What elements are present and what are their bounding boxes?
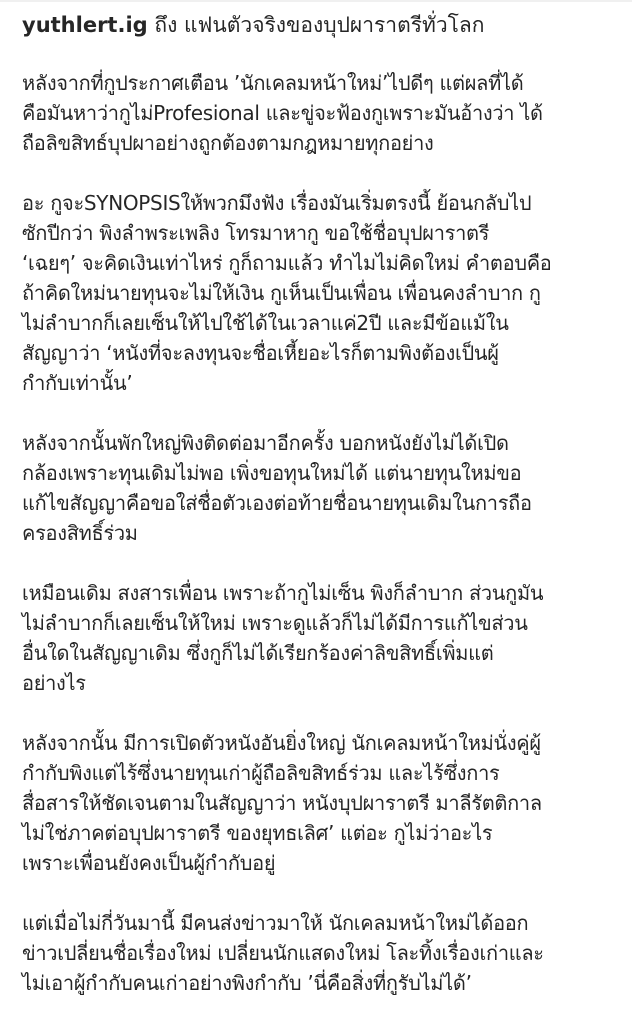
paragraph-6: แต่เมื่อไม่กี่วันมานี้ มีคนส่งข่าวมาให้ … bbox=[22, 908, 618, 998]
text-line: หลังจากนั้นพักใหญ่พิงติดต่อมาอีกครั้ง บอ… bbox=[22, 428, 618, 458]
text-line: แต่เมื่อไม่กี่วันมานี้ มีคนส่งข่าวมาให้ … bbox=[22, 908, 618, 938]
username-link[interactable]: yuthlert.ig bbox=[22, 13, 148, 37]
text-line: อย่างไร bbox=[22, 668, 618, 698]
text-line: ไม่ลำบากก็เลยเซ็นให้ใหม่ เพราะดูแล้วก็ไม… bbox=[22, 608, 618, 638]
caption-header: yuthlert.ig ถึง แฟนตัวจริงของบุปผาราตรีท… bbox=[22, 10, 618, 40]
text-line: กำกับเท่านั้น’ bbox=[22, 368, 618, 398]
text-line: ไม่ลำบากก็เลยเซ็นให้ไปใช้ได้ในเวลาแค่2ปี… bbox=[22, 308, 618, 338]
text-line: เหมือนเดิม สงสารเพื่อน เพราะถ้ากูไม่เซ็น… bbox=[22, 578, 618, 608]
text-line: ไม่เอาผู้กำกับคนเก่าอย่างพิงกำกับ ’นี่คื… bbox=[22, 968, 618, 998]
paragraph-3: หลังจากนั้นพักใหญ่พิงติดต่อมาอีกครั้ง บอ… bbox=[22, 428, 618, 548]
paragraph-2: อะ กูจะSYNOPSISให้พวกมึงฟัง เรื่องมันเริ… bbox=[22, 188, 618, 398]
text-line: สัญญาว่า ‘หนังที่จะลงทุนจะชื่อเหี้ยอะไรก… bbox=[22, 338, 618, 368]
text-line: หลังจากที่กูประกาศเตือน ’นักเคลมหน้าใหม่… bbox=[22, 68, 618, 98]
paragraph-4: เหมือนเดิม สงสารเพื่อน เพราะถ้ากูไม่เซ็น… bbox=[22, 578, 618, 698]
text-line: ‘เฉยๆ’ จะคิดเงินเท่าไหร่ กูก็ถามแล้ว ทำไ… bbox=[22, 248, 618, 278]
text-line: ซักปีกว่า พิงลำพระเพลิง โทรมาหากู ขอใช้ช… bbox=[22, 218, 618, 248]
text-line: หลังจากนั้น มีการเปิดตัวหนังอันยิ่งใหญ่ … bbox=[22, 728, 618, 758]
text-line: สื่อสารให้ชัดเจนตามในสัญญาว่า หนังบุปผาร… bbox=[22, 788, 618, 818]
text-line: เพราะเพื่อนยังคงเป็นผู้กำกับอยู่ bbox=[22, 848, 618, 878]
paragraph-5: หลังจากนั้น มีการเปิดตัวหนังอันยิ่งใหญ่ … bbox=[22, 728, 618, 878]
caption-headline: ถึง แฟนตัวจริงของบุปผาราตรีทั่วโลก bbox=[154, 13, 484, 37]
text-line: กล้องเพราะทุนเดิมไม่พอ เพิ่งขอทุนใหม่ได้… bbox=[22, 458, 618, 488]
text-line: อื่นใดในสัญญาเดิม ซึ่งกูก็ไม่ได้เรียกร้อ… bbox=[22, 638, 618, 668]
text-line: อะ กูจะSYNOPSISให้พวกมึงฟัง เรื่องมันเริ… bbox=[22, 188, 618, 218]
instagram-caption: yuthlert.ig ถึง แฟนตัวจริงของบุปผาราตรีท… bbox=[0, 2, 632, 998]
text-line: ถือลิขสิทธ์บุปผาอย่างถูกต้องตามกฎหมายทุก… bbox=[22, 128, 618, 158]
paragraph-1: หลังจากที่กูประกาศเตือน ’นักเคลมหน้าใหม่… bbox=[22, 68, 618, 158]
text-line: แก้ไขสัญญาคือขอใส่ชื่อตัวเองต่อท้ายชื่อน… bbox=[22, 488, 618, 518]
text-line: ไม่ใช่ภาคต่อบุปผาราตรี ของยุทธเลิศ’ แต่อ… bbox=[22, 818, 618, 848]
text-line: ครองสิทธิ์ร่วม bbox=[22, 518, 618, 548]
text-line: ข่าวเปลี่ยนชื่อเรื่องใหม่ เปลี่ยนนักแสดง… bbox=[22, 938, 618, 968]
text-line: กำกับพิงแต่ไร้ซึ่งนายทุนเก่าผู้ถือลิขสิท… bbox=[22, 758, 618, 788]
text-line: คือมันหาว่ากูไม่Profesional และขู่จะฟ้อง… bbox=[22, 98, 618, 128]
text-line: ถ้าคิดใหม่นายทุนจะไม่ให้เงิน กูเห็นเป็นเ… bbox=[22, 278, 618, 308]
